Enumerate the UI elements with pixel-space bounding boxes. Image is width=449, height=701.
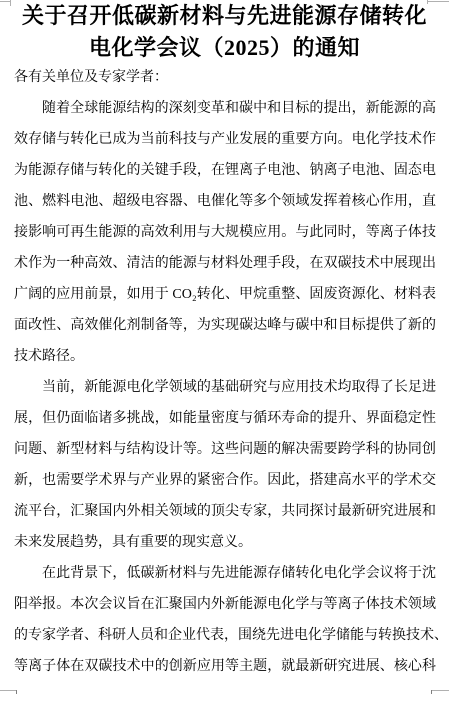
body-line: 技术路径。	[14, 341, 436, 372]
text-boundary-mark-bottom-left-vertical	[16, 690, 17, 694]
body-line: 在此背景下，低碳新材料与先进能源存储转化电化学会议将于沈	[14, 558, 436, 589]
body-line: 当前，新能源电化学领域的基础研究与应用技术均取得了长足进	[14, 372, 436, 403]
body-line: 面改性、高效催化剂制备等，为实现碳达峰与碳中和目标提供了新的	[14, 310, 436, 341]
body-line: 术作为一种高效、清洁的能源与材料处理手段，在双碳技术中展现出	[14, 248, 436, 279]
document-canvas[interactable]: 关于召开低碳新材料与先进能源存储转化 电化学会议（2025）的通知 各有关单位及…	[0, 0, 449, 701]
body-line: 等离子体在双碳技术中的创新应用等主题，就最新研究进展、核心科	[14, 651, 436, 682]
paragraph-3: 在此背景下，低碳新材料与先进能源存储转化电化学会议将于沈 阳举报。本次会议旨在汇…	[14, 558, 436, 682]
body-line: 阳举报。本次会议旨在汇聚国内外新能源电化学与等离子体技术领域	[14, 589, 436, 620]
body-line: 展，但仍面临诸多挑战，如能量密度与循环寿命的提升、界面稳定性	[14, 403, 436, 434]
body-line: 新，也需要学术界与产业界的紧密合作。因此，搭建高水平的学术交	[14, 465, 436, 496]
text-boundary-mark-bottom-left-horizontal	[0, 690, 17, 691]
body-line: 效存储与转化已成为当前科技与产业发展的重要方向。电化学技术作	[14, 124, 436, 155]
body-line: 流平台，汇聚国内外相关领域的顶尖专家，共同探讨最新研究进展和	[14, 496, 436, 527]
body-line: 未来发展趋势，具有重要的现实意义。	[14, 527, 436, 558]
body-line: 广阔的应用前景，如用于 CO₂转化、甲烷重整、固废资源化、材料表	[14, 279, 436, 310]
paragraph-2: 当前，新能源电化学领域的基础研究与应用技术均取得了长足进 展，但仍面临诸多挑战，…	[14, 372, 436, 558]
doc-title: 关于召开低碳新材料与先进能源存储转化 电化学会议（2025）的通知	[0, 0, 449, 64]
doc-title-line-1: 关于召开低碳新材料与先进能源存储转化	[0, 0, 449, 32]
text-boundary-mark-bottom-right-horizontal	[431, 690, 449, 691]
body-line: 为能源存储与转化的关键手段，在锂离子电池、钠离子电池、固态电	[14, 155, 436, 186]
text-boundary-mark-bottom-right-vertical	[431, 690, 432, 694]
paragraph-1: 随着全球能源结构的深刻变革和碳中和目标的提出，新能源的高 效存储与转化已成为当前…	[14, 93, 436, 372]
body-line: 问题、新型材料与结构设计等。这些问题的解决需要跨学科的协同创	[14, 434, 436, 465]
body-line: 的专家学者、科研人员和企业代表，围绕先进电化学储能与转换技术、	[14, 620, 436, 651]
salutation-line: 各有关单位及专家学者：	[14, 62, 436, 93]
doc-body: 各有关单位及专家学者： 随着全球能源结构的深刻变革和碳中和目标的提出，新能源的高…	[14, 62, 436, 682]
body-line: 池、燃料电池、超级电容器、电催化等多个领域发挥着核心作用，直	[14, 186, 436, 217]
body-line: 接影响可再生能源的高效利用与大规模应用。与此同时，等离子体技	[14, 217, 436, 248]
doc-title-line-2: 电化学会议（2025）的通知	[0, 32, 449, 64]
body-line: 随着全球能源结构的深刻变革和碳中和目标的提出，新能源的高	[14, 93, 436, 124]
